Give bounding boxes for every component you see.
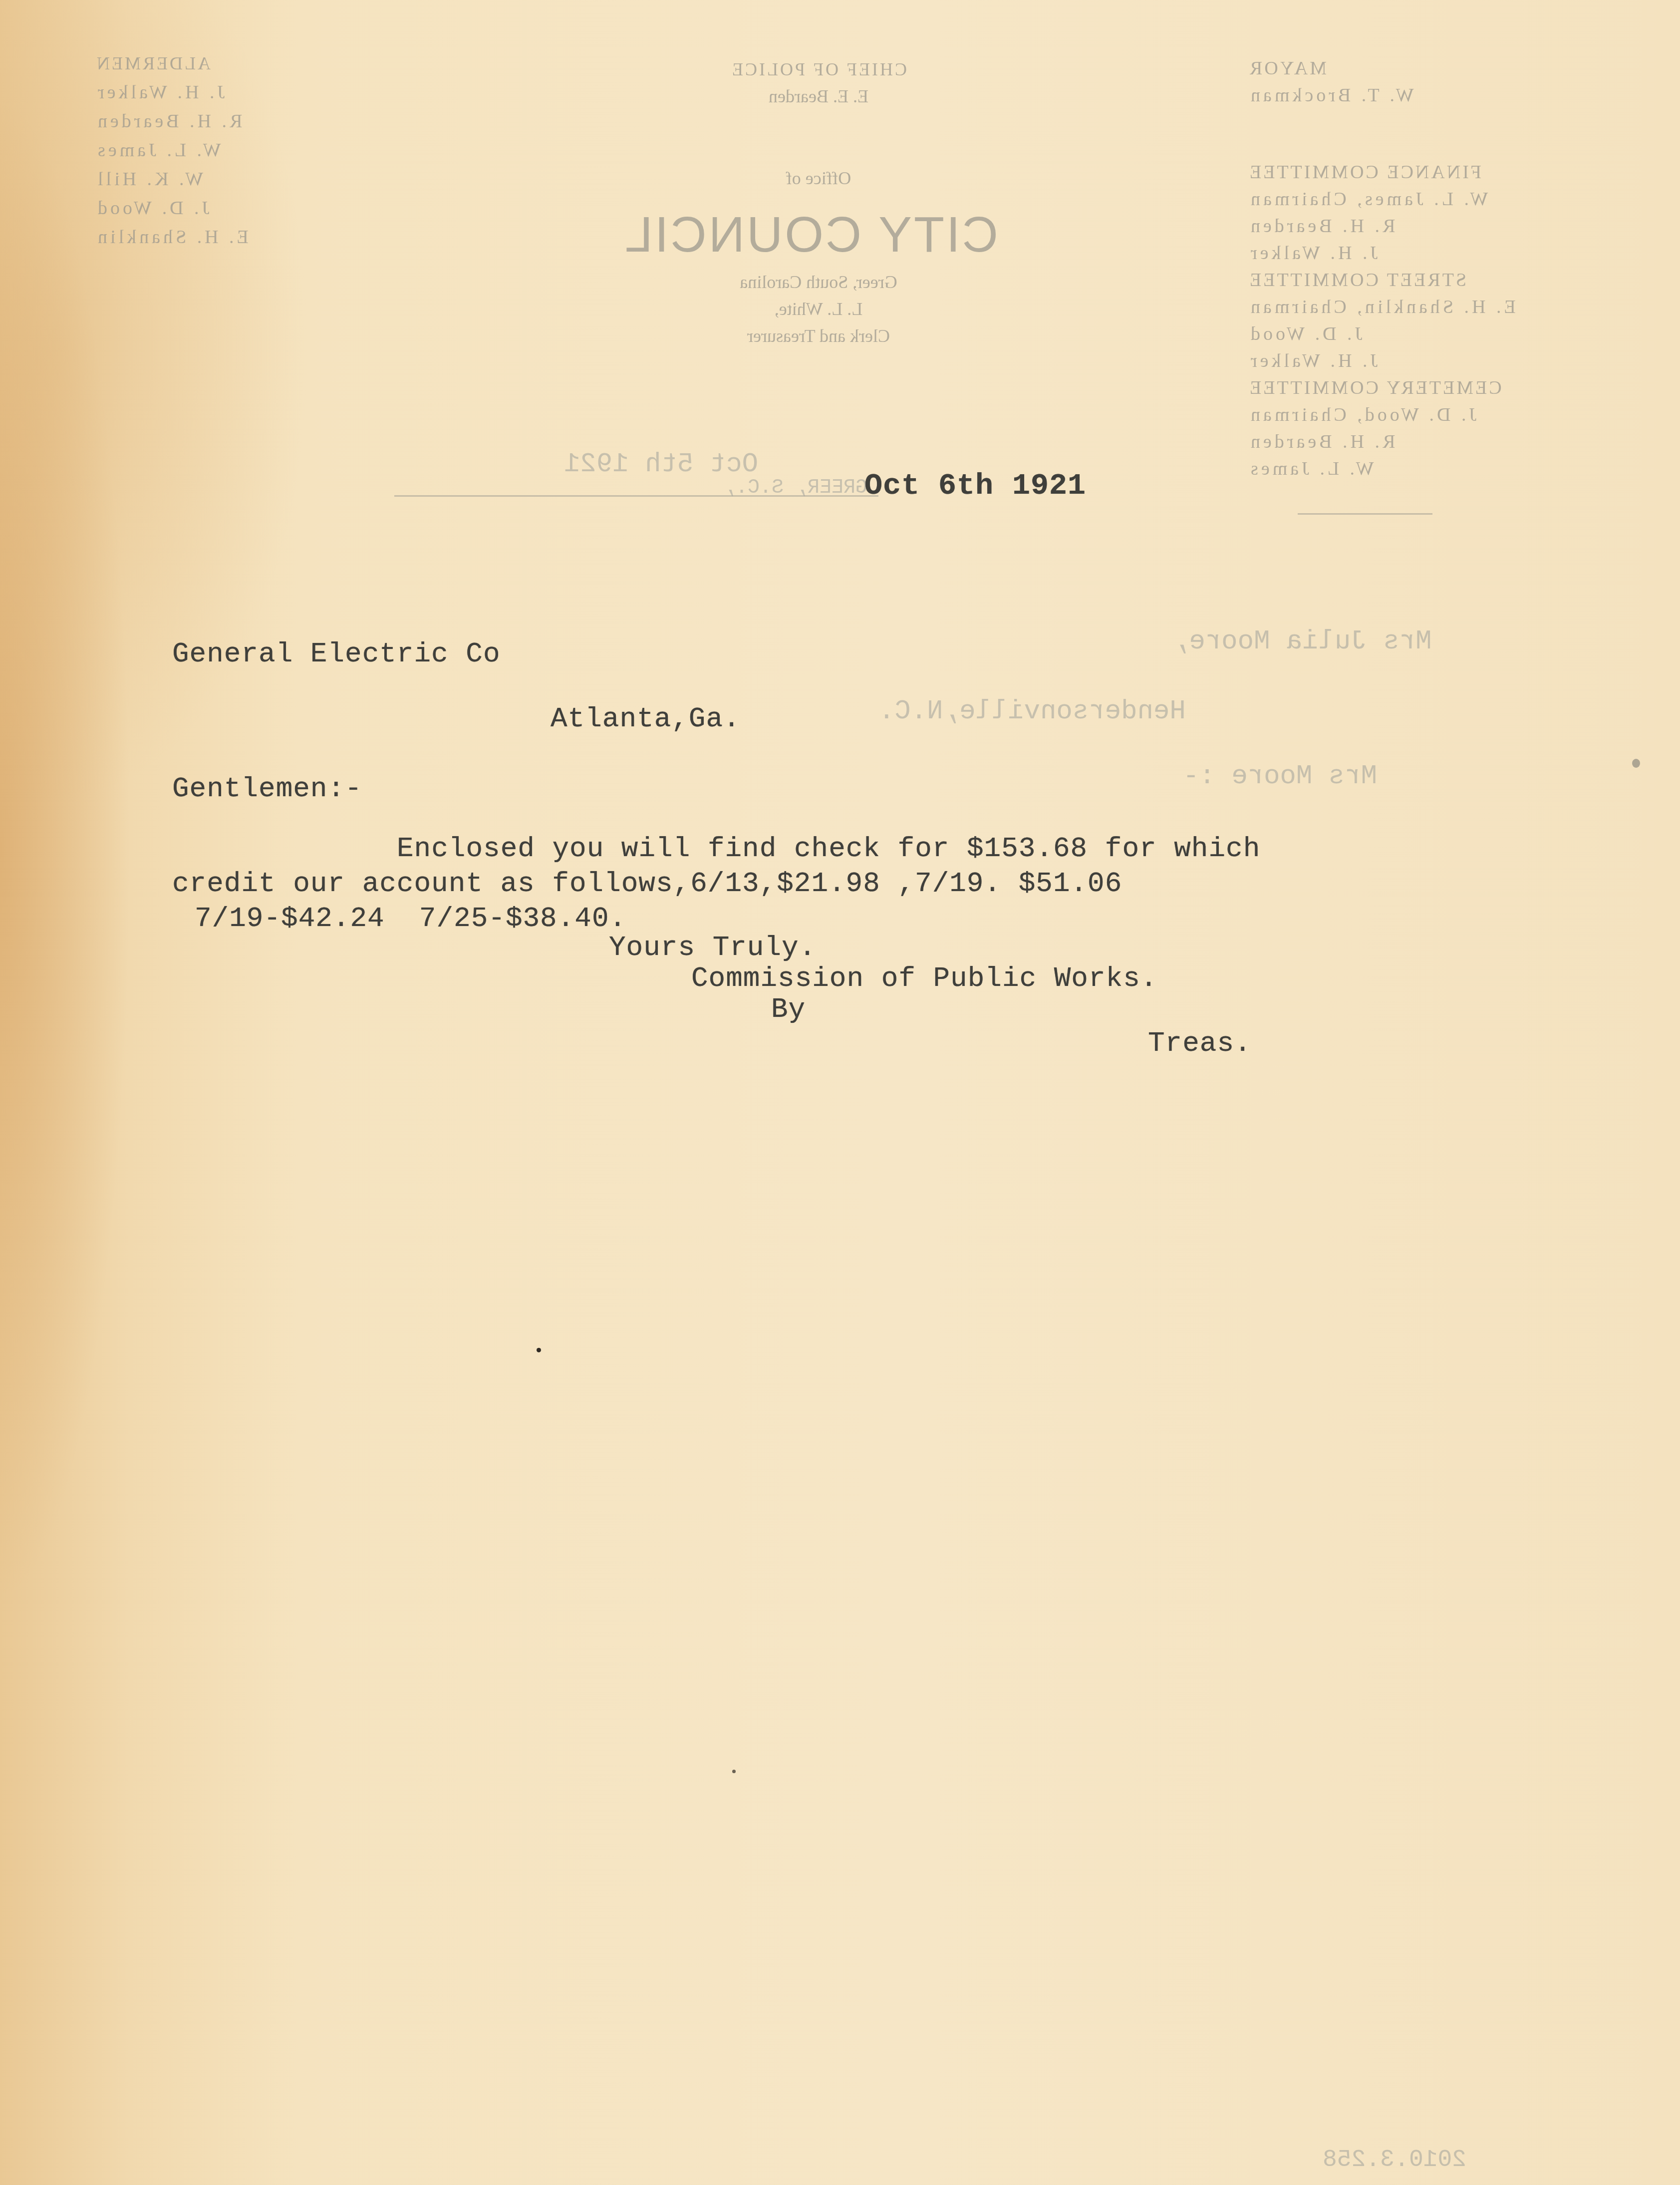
mayor-heading: MAYOR bbox=[1248, 55, 1572, 82]
closing: Yours Truly. bbox=[609, 932, 816, 963]
alderman-name: J. H. Walker bbox=[95, 78, 265, 107]
committee-member: J. D. Wood, Chairman bbox=[1248, 401, 1572, 428]
letterhead-right: MAYOR W. T. Brockman FINANCE COMMITTEE W… bbox=[1248, 55, 1572, 482]
letterhead-center: CHIEF OF POLICE E. E. Bearden Office of … bbox=[639, 56, 998, 349]
letterhead-aldermen: ALDERMEN J. H. Walker R. H. Bearden W. L… bbox=[95, 49, 265, 252]
committee-member: W. L. James bbox=[1248, 455, 1572, 482]
ghost-footer-number: 2010.3.258 bbox=[1323, 2147, 1466, 2174]
ghost-salutation: Mrs Moore :- bbox=[1183, 761, 1377, 792]
street-committee-heading: STREET COMMITTEE bbox=[1248, 267, 1572, 294]
finance-committee-heading: FINANCE COMMITTEE bbox=[1248, 159, 1572, 186]
signature-line-divider bbox=[1298, 513, 1432, 515]
mayor-name: W. T. Brockman bbox=[1248, 82, 1572, 109]
cemetery-committee-heading: CEMETERY COMMITTEE bbox=[1248, 374, 1572, 401]
aldermen-heading: ALDERMEN bbox=[95, 49, 265, 78]
salutation: Gentlemen:- bbox=[172, 773, 362, 805]
ghost-place: GREER, S.C., bbox=[724, 477, 867, 499]
body-line: credit our account as follows,6/13,$21.9… bbox=[172, 868, 1122, 900]
city-council-title: CITY COUNCIL bbox=[639, 205, 998, 265]
committee-member: J. H. Walker bbox=[1248, 347, 1572, 374]
ghost-date: Oct 5th 1921 bbox=[564, 449, 758, 480]
ghost-recipient: Mrs Julia Moore, bbox=[1173, 626, 1431, 657]
alderman-name: J. D. Wood bbox=[95, 194, 265, 223]
signatory-title: Treas. bbox=[1148, 1027, 1252, 1059]
committee-member: W. L. James, Chairman bbox=[1248, 186, 1572, 213]
signatory-organization: Commission of Public Works. bbox=[691, 962, 1157, 994]
alderman-name: W. K. Hill bbox=[95, 165, 265, 194]
alderman-name: W. L. James bbox=[95, 136, 265, 165]
paper-speck bbox=[1632, 759, 1640, 768]
clerk-name: L. L. White, bbox=[639, 296, 998, 322]
committee-member: R. H. Bearden bbox=[1248, 428, 1572, 455]
location: Greer, South Carolina bbox=[639, 269, 998, 296]
chief-of-police-heading: CHIEF OF POLICE bbox=[639, 56, 998, 83]
paper-speck bbox=[537, 1348, 541, 1352]
alderman-name: R. H. Bearden bbox=[95, 107, 265, 136]
alderman-name: E. H. Shanklin bbox=[95, 223, 265, 252]
letter-date: Oct 6th 1921 bbox=[864, 469, 1086, 503]
body-line: Enclosed you will find check for $153.68… bbox=[397, 833, 1260, 865]
committee-member: E. H. Shanklin, Chairman bbox=[1248, 294, 1572, 320]
clerk-title: Clerk and Treasurer bbox=[639, 322, 998, 349]
committee-member: J. D. Wood bbox=[1248, 320, 1572, 347]
committee-member: J. H. Walker bbox=[1248, 240, 1572, 267]
office-of-label: Office of bbox=[639, 165, 998, 192]
committee-member: R. H. Bearden bbox=[1248, 213, 1572, 240]
ghost-city: Hendersonville,N.C. bbox=[878, 696, 1186, 727]
recipient-city: Atlanta,Ga. bbox=[551, 703, 741, 735]
recipient-name: General Electric Co bbox=[172, 638, 501, 670]
body-line: 7/19-$42.24 7/25-$38.40. bbox=[195, 903, 626, 935]
by-label: By bbox=[771, 993, 806, 1025]
paper-speck bbox=[732, 1770, 736, 1773]
chief-of-police-name: E. E. Bearden bbox=[639, 83, 998, 110]
